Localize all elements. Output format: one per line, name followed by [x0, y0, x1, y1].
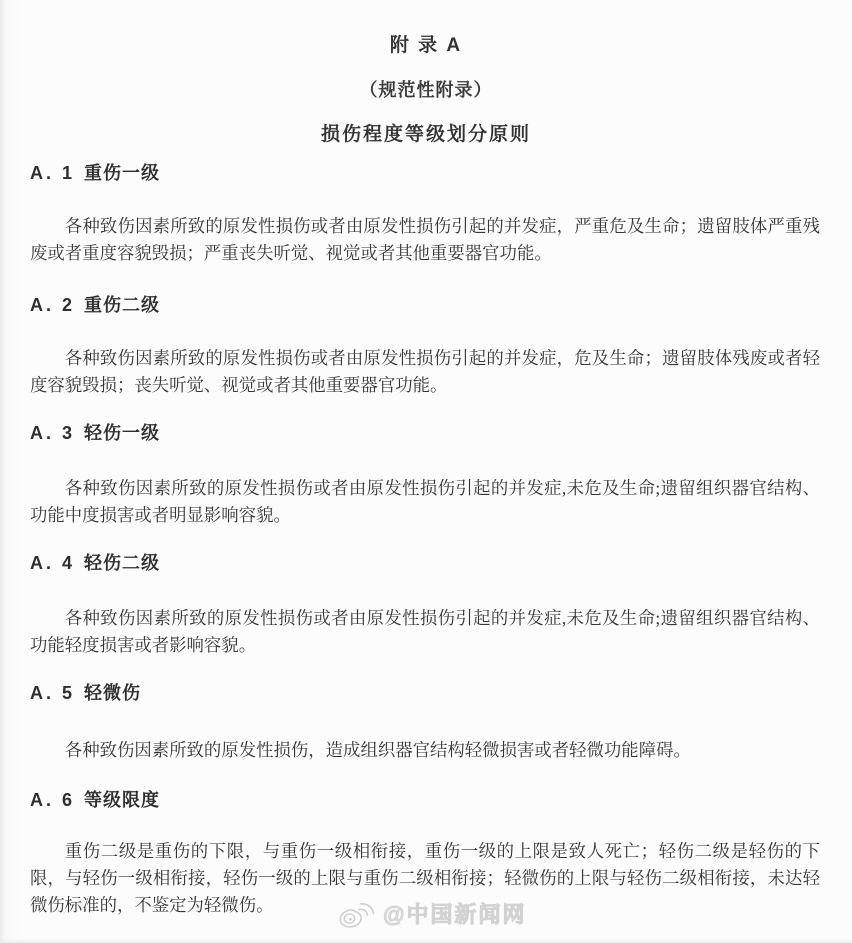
- watermark: @中国新闻网: [336, 899, 526, 931]
- section-heading-a6: A. 6等级限度: [30, 790, 820, 810]
- watermark-handle: @中国新闻网: [383, 904, 526, 926]
- document-title: 损伤程度等级划分原则: [0, 119, 852, 146]
- section-number: A. 6: [30, 790, 75, 810]
- section-number: A. 5: [30, 683, 75, 703]
- section-body-a2: 各种致伤因素所致的原发性损伤或者由原发性损伤引起的并发症，危及生命；遗留肢体残废…: [30, 345, 820, 399]
- section-title: 轻伤二级: [84, 553, 160, 573]
- section-heading-a4: A. 4轻伤二级: [30, 553, 820, 573]
- section-title: 重伤二级: [84, 295, 160, 315]
- section-number: A. 4: [30, 553, 75, 573]
- section-title: 重伤一级: [84, 163, 160, 183]
- section-heading-a2: A. 2重伤二级: [30, 295, 820, 315]
- document-page: 附 录 A （规范性附录） 损伤程度等级划分原则 A. 1重伤一级 各种致伤因素…: [0, 0, 852, 943]
- appendix-title: 附 录 A: [0, 30, 852, 57]
- section-title: 等级限度: [84, 790, 160, 810]
- section-body-a3: 各种致伤因素所致的原发性损伤或者由原发性损伤引起的并发症,未危及生命;遗留组织器…: [30, 475, 820, 529]
- section-title: 轻伤一级: [84, 423, 160, 443]
- section-number: A. 3: [30, 423, 75, 443]
- section-heading-a3: A. 3轻伤一级: [30, 423, 820, 443]
- section-body-a4: 各种致伤因素所致的原发性损伤或者由原发性损伤引起的并发症,未危及生命;遗留组织器…: [30, 605, 820, 659]
- appendix-type-subtitle: （规范性附录）: [0, 76, 852, 102]
- section-heading-a5: A. 5轻微伤: [30, 683, 820, 703]
- section-body-a5: 各种致伤因素所致的原发性损伤，造成组织器官结构轻微损害或者轻微功能障碍。: [30, 737, 820, 764]
- section-heading-a1: A. 1重伤一级: [30, 163, 820, 183]
- section-number: A. 1: [30, 163, 75, 183]
- section-number: A. 2: [30, 295, 75, 315]
- section-body-a1: 各种致伤因素所致的原发性损伤或者由原发性损伤引起的并发症，严重危及生命；遗留肢体…: [30, 213, 820, 267]
- section-title: 轻微伤: [84, 683, 141, 703]
- weibo-icon: [336, 899, 376, 931]
